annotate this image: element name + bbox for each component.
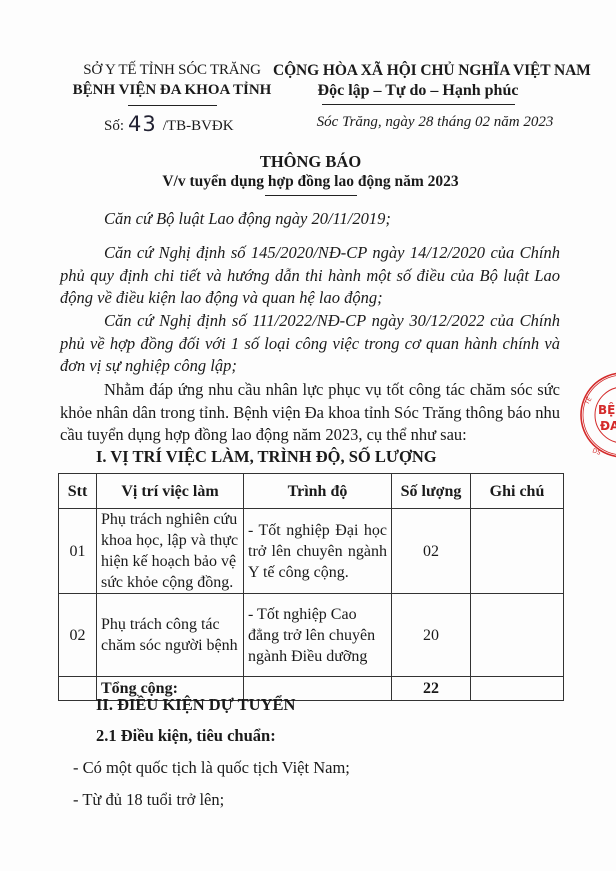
cell-stt-empty [59,677,97,701]
cell-stt: 02 [59,594,97,677]
condition-item: - Từ đủ 18 tuổi trở lên; [73,790,224,810]
document-title: THÔNG BÁO [58,152,563,172]
number-value: 43 [128,112,157,136]
preamble-2: Căn cứ Nghị định số 145/2020/NĐ-CP ngày … [60,242,560,310]
preamble-1: Căn cứ Bộ luật Lao động ngày 20/11/2019; [60,208,560,231]
preamble-3: Căn cứ Nghị định số 111/2022/NĐ-CP ngày … [60,310,560,378]
number-label: Số: [104,118,124,134]
col-header-stt: Stt [59,474,97,509]
cell-stt: 01 [59,509,97,594]
col-header-qualification: Trình độ [244,474,392,509]
col-header-position: Vị trí việc làm [97,474,244,509]
section-1-heading: I. VỊ TRÍ VIỆC LÀM, TRÌNH ĐỘ, SỐ LƯỢNG [96,447,437,467]
section-2-heading: II. ĐIỀU KIỆN DỰ TUYỂN [96,695,295,715]
cell-note-empty [471,677,564,701]
seal-text-2: ĐA [600,419,616,433]
cell-position: Phụ trách công tác chăm sóc người bệnh [97,594,244,677]
condition-item: - Có một quốc tịch là quốc tịch Việt Nam… [73,758,350,778]
table-header-row: Stt Vị trí việc làm Trình độ Số lượng Gh… [59,474,564,509]
total-value: 22 [392,677,471,701]
organization-name: BỆNH VIỆN ĐA KHOA TỈNH [66,82,278,99]
number-suffix: /TB-BVĐK [163,118,234,134]
seal-text-1: BỆN [598,402,616,417]
section-2-subheading: 2.1 Điều kiện, tiêu chuẩn: [96,726,276,746]
agency-name: SỞ Y TẾ TỈNH SÓC TRĂNG [66,62,278,79]
issuer-block: SỞ Y TẾ TỈNH SÓC TRĂNG BỆNH VIỆN ĐA KHOA… [66,62,278,106]
official-seal-icon: BỆN ĐA TẾ DS [578,370,616,460]
intro-paragraph: Nhằm đáp ứng nhu cầu nhân lực phục vụ tố… [60,379,560,447]
national-header: CỘNG HÒA XÃ HỘI CHỦ NGHĨA VIỆT NAM Độc l… [273,62,563,105]
cell-note [471,509,564,594]
table-row: 01 Phụ trách nghiên cứu khoa học, lập và… [59,509,564,594]
place-date: Sóc Trăng, ngày 28 tháng 02 năm 2023 [310,114,560,131]
national-motto: Độc lập – Tự do – Hạnh phúc [273,82,563,100]
title-underline [265,195,357,196]
issuer-underline [128,105,217,106]
motto-underline [322,104,515,105]
document-number: Số:43/TB-BVĐK [104,112,234,136]
document-subject: V/v tuyển dụng hợp đồng lao động năm 202… [58,173,563,191]
cell-quantity: 02 [392,509,471,594]
svg-text:DS: DS [591,447,601,457]
cell-quantity: 20 [392,594,471,677]
cell-position: Phụ trách nghiên cứu khoa học, lập và th… [97,509,244,594]
document-title-block: THÔNG BÁO V/v tuyển dụng hợp đồng lao độ… [58,152,563,196]
table-row: 02 Phụ trách công tác chăm sóc người bện… [59,594,564,677]
cell-note [471,594,564,677]
country-name: CỘNG HÒA XÃ HỘI CHỦ NGHĨA VIỆT NAM [273,62,563,80]
cell-qualification: - Tốt nghiệp Đại học trở lên chuyên ngàn… [244,509,392,594]
col-header-quantity: Số lượng [392,474,471,509]
cell-qualification: - Tốt nghiệp Cao đẳng trở lên chuyên ngà… [244,594,392,677]
positions-table: Stt Vị trí việc làm Trình độ Số lượng Gh… [58,473,564,701]
col-header-note: Ghi chú [471,474,564,509]
